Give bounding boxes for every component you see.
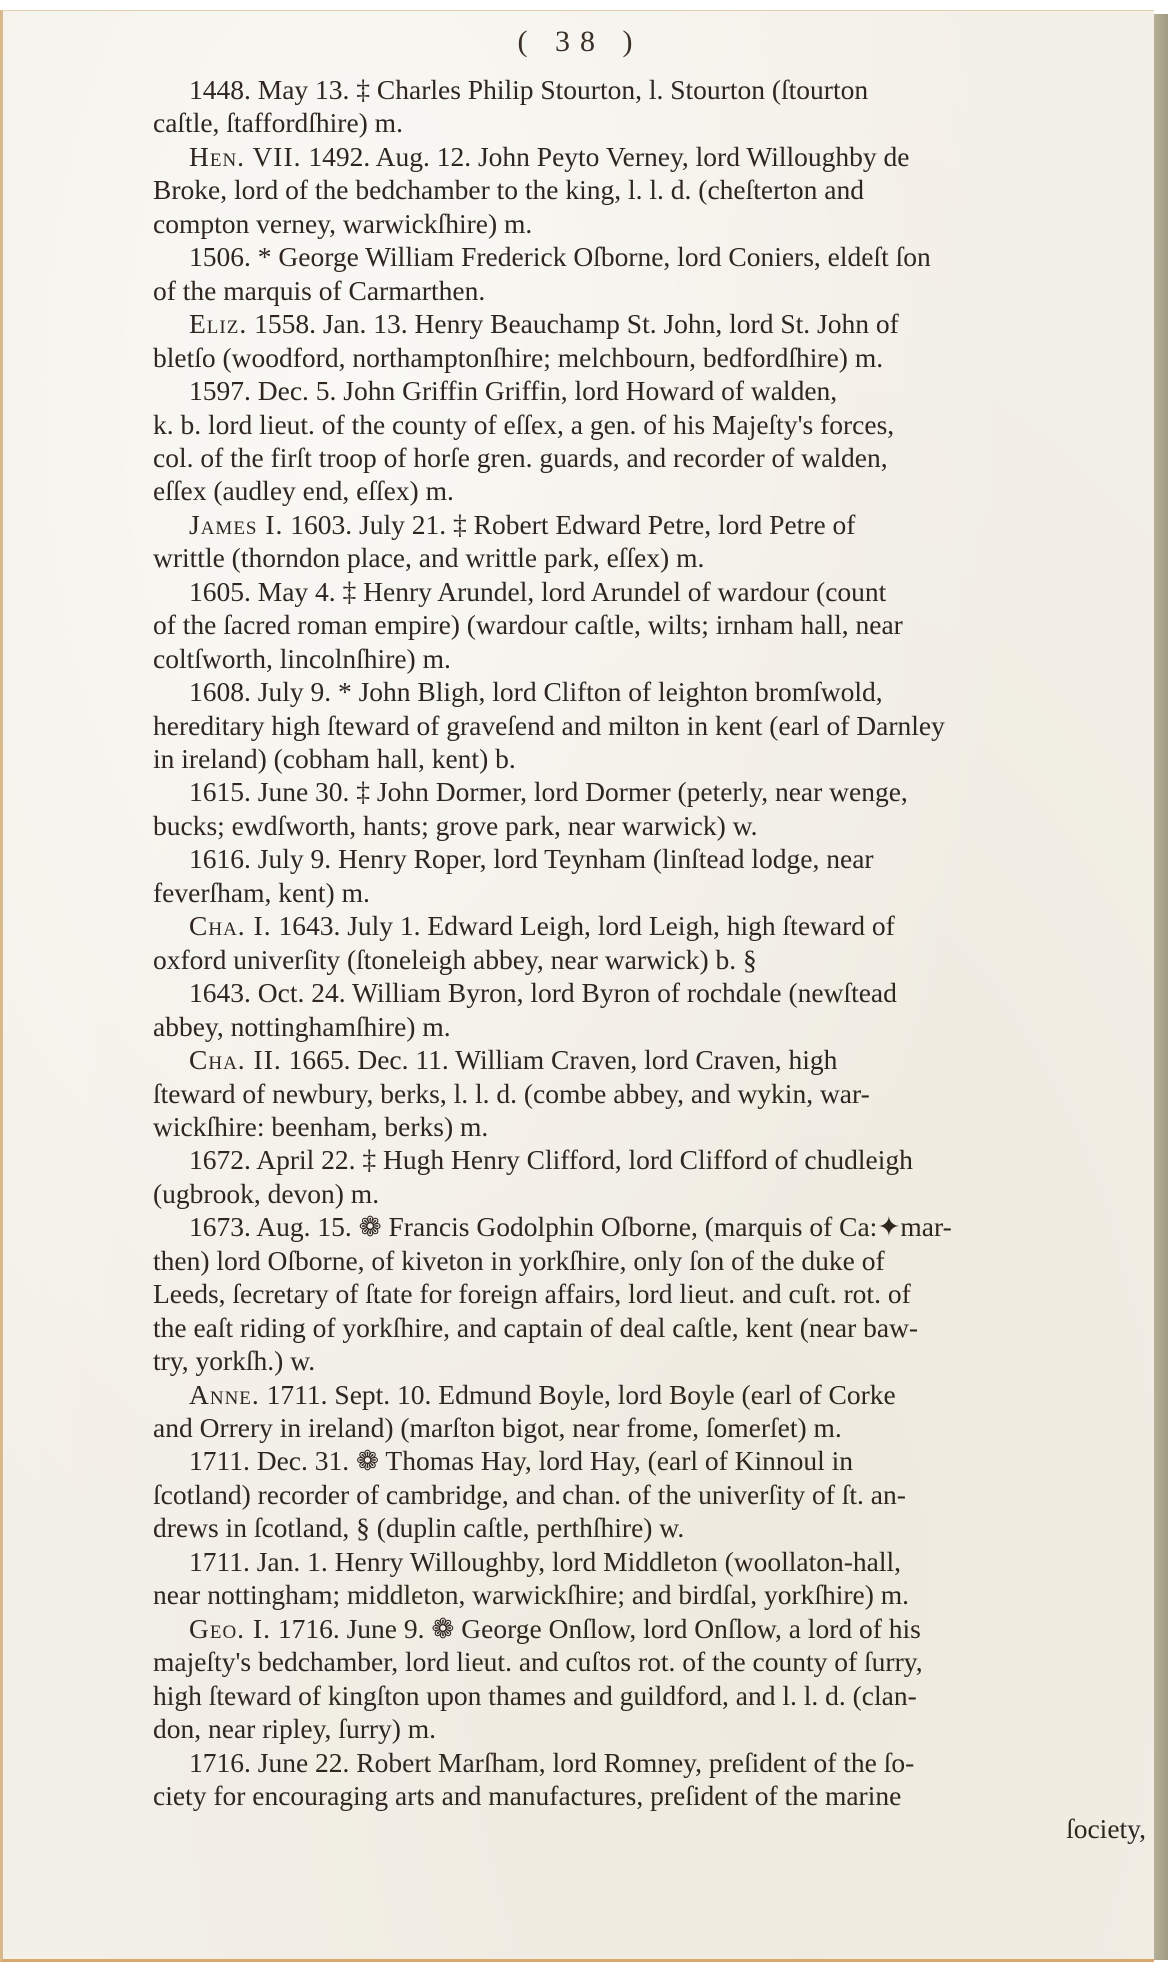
text-line: 1506. * George William Frederick Oſborne… [189,240,1154,273]
text-line: bletſo (woodford, northamptonſhire; melc… [153,341,1154,374]
text-line: ſociety, [1066,1812,1146,1845]
line-text: bletſo (woodford, northamptonſhire; melc… [153,342,883,373]
line-text: don, near ripley, ſurry) m. [153,1713,436,1744]
text-line: don, near ripley, ſurry) m. [153,1712,1154,1745]
line-text: ſteward of newbury, berks, l. l. d. (com… [153,1078,870,1109]
text-line: of the marquis of Carmarthen. [153,274,1154,307]
line-text: 1716. June 22. Robert Marſham, lord Romn… [189,1747,914,1778]
text-line: col. of the firſt troop of horſe gren. g… [153,441,1154,474]
text-line: of the ſacred roman empire) (wardour caſ… [153,608,1154,641]
text-line: compton verney, warwickſhire) m. [153,207,1154,240]
line-text: 1597. Dec. 5. John Griffin Griffin, lord… [189,375,837,406]
line-text: caſtle, ſtaffordſhire) m. [153,107,403,138]
text-line: Cha. I. 1643. July 1. Edward Leigh, lord… [189,909,1154,942]
line-text: 1643. Oct. 24. William Byron, lord Byron… [189,977,897,1008]
line-text: drews in ſcotland, § (duplin caſtle, per… [153,1512,684,1543]
reign-label: Hen. VII. [189,141,302,172]
line-text: of the ſacred roman empire) (wardour caſ… [153,609,903,640]
line-text: of the marquis of Carmarthen. [153,275,485,306]
page-number: ( 38 ) [3,25,1154,59]
reign-label: James I. [189,509,283,540]
text-line: wickſhire: beenham, berks) m. [153,1110,1154,1143]
line-text: Broke, lord of the bedchamber to the kin… [153,174,864,205]
line-text: hereditary high ſteward of graveſend and… [153,710,945,741]
reign-label: Eliz. [189,308,247,339]
line-text: 1448. May 13. ‡ Charles Philip Stourton,… [189,74,868,105]
book-page: ( 38 ) 1448. May 13. ‡ Charles Philip St… [0,10,1154,1962]
line-text: wickſhire: beenham, berks) m. [153,1111,488,1142]
text-line: Leeds, ſecretary of ſtate for foreign af… [153,1277,1154,1310]
line-text: majeſty's bedchamber, lord lieut. and cu… [153,1646,923,1677]
text-line: Geo. I. 1716. June 9. ❁ George Onſlow, l… [189,1612,1154,1645]
line-text: 1673. Aug. 15. ❁ Francis Godolphin Oſbor… [189,1211,952,1242]
text-line: the eaſt riding of yorkſhire, and captai… [153,1311,1154,1344]
text-line: in ireland) (cobham hall, kent) b. [153,742,1154,775]
line-text: try, yorkſh.) w. [153,1345,315,1376]
text-line: then) lord Oſborne, of kiveton in yorkſh… [153,1244,1154,1277]
text-line: Broke, lord of the bedchamber to the kin… [153,173,1154,206]
book-edge-strip [1153,14,1168,1960]
text-line: ſteward of newbury, berks, l. l. d. (com… [153,1077,1154,1110]
line-text: col. of the firſt troop of horſe gren. g… [153,442,888,473]
reign-label: Cha. II. [189,1044,282,1075]
text-line: 1643. Oct. 24. William Byron, lord Byron… [189,976,1154,1009]
text-line: 1711. Dec. 31. ❁ Thomas Hay, lord Hay, (… [189,1444,1154,1477]
text-line: Hen. VII. 1492. Aug. 12. John Peyto Vern… [189,140,1154,173]
line-text: 1608. July 9. * John Bligh, lord Clifton… [189,676,883,707]
reign-label: Geo. I. [189,1613,271,1644]
line-text: 1615. June 30. ‡ John Dormer, lord Dorme… [189,776,908,807]
line-text: bucks; ewdſworth, hants; grove park, nea… [153,810,758,841]
text-line: k. b. lord lieut. of the county of eſſex… [153,408,1154,441]
line-text: 1603. July 21. ‡ Robert Edward Petre, lo… [283,509,855,540]
line-text: 1716. June 9. ❁ George Onſlow, lord Onſl… [271,1613,921,1644]
text-line: ſcotland) recorder of cambridge, and cha… [153,1478,1154,1511]
text-line: coltſworth, lincolnſhire) m. [153,642,1154,675]
text-line: hereditary high ſteward of graveſend and… [153,709,1154,742]
line-text: writtle (thorndon place, and writtle par… [153,542,704,573]
line-text: eſſex (audley end, eſſex) m. [153,475,454,506]
text-line: 1616. July 9. Henry Roper, lord Teynham … [189,842,1154,875]
text-line: caſtle, ſtaffordſhire) m. [153,106,1154,139]
text-line: majeſty's bedchamber, lord lieut. and cu… [153,1645,1154,1678]
line-text: oxford univerſity (ſtoneleigh abbey, nea… [153,944,757,975]
text-line: (ugbrook, devon) m. [153,1177,1154,1210]
line-text: Leeds, ſecretary of ſtate for foreign af… [153,1278,911,1309]
line-text: in ireland) (cobham hall, kent) b. [153,743,516,774]
text-line: bucks; ewdſworth, hants; grove park, nea… [153,809,1154,842]
line-text: 1711. Sept. 10. Edmund Boyle, lord Boyle… [260,1379,896,1410]
line-text: then) lord Oſborne, of kiveton in yorkſh… [153,1245,885,1276]
line-text: near nottingham; middleton, warwickſhire… [153,1579,909,1610]
line-text: 1506. * George William Frederick Oſborne… [189,241,931,272]
line-text: k. b. lord lieut. of the county of eſſex… [153,409,894,440]
line-text: the eaſt riding of yorkſhire, and captai… [153,1312,918,1343]
text-line: near nottingham; middleton, warwickſhire… [153,1578,1154,1611]
text-line: high ſteward of kingſton upon thames and… [153,1679,1154,1712]
text-line: feverſham, kent) m. [153,876,1154,909]
line-text: 1616. July 9. Henry Roper, lord Teynham … [189,843,874,874]
line-text: 1605. May 4. ‡ Henry Arundel, lord Arund… [189,576,886,607]
reign-label: Anne. [189,1379,260,1410]
text-line: 1608. July 9. * John Bligh, lord Clifton… [189,675,1154,708]
line-text: ſcotland) recorder of cambridge, and cha… [153,1479,906,1510]
text-line: 1711. Jan. 1. Henry Willoughby, lord Mid… [189,1545,1154,1578]
text-line: James I. 1603. July 21. ‡ Robert Edward … [189,508,1154,541]
text-line: 1672. April 22. ‡ Hugh Henry Clifford, l… [189,1143,1154,1176]
line-text: 1558. Jan. 13. Henry Beauchamp St. John,… [247,308,899,339]
text-line: writtle (thorndon place, and writtle par… [153,541,1154,574]
text-line: oxford univerſity (ſtoneleigh abbey, nea… [153,943,1154,976]
reign-label: Cha. I. [189,910,272,941]
text-line: 1673. Aug. 15. ❁ Francis Godolphin Oſbor… [189,1210,1154,1243]
line-text: 1711. Jan. 1. Henry Willoughby, lord Mid… [189,1546,901,1577]
line-text: abbey, nottinghamſhire) m. [153,1011,451,1042]
text-line: try, yorkſh.) w. [153,1344,1154,1377]
text-line: abbey, nottinghamſhire) m. [153,1010,1154,1043]
text-line: drews in ſcotland, § (duplin caſtle, per… [153,1511,1154,1544]
line-text: and Orrery in ireland) (marſton bigot, n… [153,1412,842,1443]
text-line: 1716. June 22. Robert Marſham, lord Romn… [189,1746,1154,1779]
line-text: 1672. April 22. ‡ Hugh Henry Clifford, l… [189,1144,913,1175]
text-line: Cha. II. 1665. Dec. 11. William Craven, … [189,1043,1154,1076]
line-text: 1643. July 1. Edward Leigh, lord Leigh, … [272,910,895,941]
line-text: 1665. Dec. 11. William Craven, lord Crav… [282,1044,838,1075]
line-text: 1492. Aug. 12. John Peyto Verney, lord W… [302,141,910,172]
line-text: feverſham, kent) m. [153,877,370,908]
line-text: ciety for encouraging arts and manufactu… [153,1780,901,1811]
text-line: eſſex (audley end, eſſex) m. [153,474,1154,507]
line-text: ſociety, [1066,1813,1146,1844]
text-line: ciety for encouraging arts and manufactu… [153,1779,1154,1812]
text-line: 1597. Dec. 5. John Griffin Griffin, lord… [189,374,1154,407]
text-line: Anne. 1711. Sept. 10. Edmund Boyle, lord… [189,1378,1154,1411]
line-text: 1711. Dec. 31. ❁ Thomas Hay, lord Hay, (… [189,1445,853,1476]
text-line: Eliz. 1558. Jan. 13. Henry Beauchamp St.… [189,307,1154,340]
text-line: and Orrery in ireland) (marſton bigot, n… [153,1411,1154,1444]
text-line: 1448. May 13. ‡ Charles Philip Stourton,… [189,73,1154,106]
text-line: 1615. June 30. ‡ John Dormer, lord Dorme… [189,775,1154,808]
line-text: high ſteward of kingſton upon thames and… [153,1680,917,1711]
line-text: (ugbrook, devon) m. [153,1178,379,1209]
text-line: 1605. May 4. ‡ Henry Arundel, lord Arund… [189,575,1154,608]
line-text: coltſworth, lincolnſhire) m. [153,643,451,674]
line-text: compton verney, warwickſhire) m. [153,208,532,239]
